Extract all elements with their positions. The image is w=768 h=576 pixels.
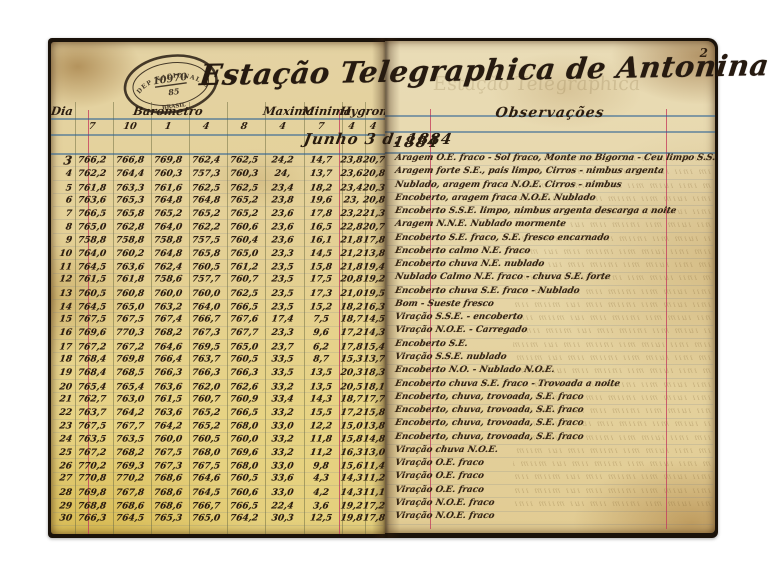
barometer-cell: 764,8 xyxy=(148,195,187,205)
barometer-cell: 766,5 xyxy=(224,501,263,511)
barometer-cell: 762,0 xyxy=(186,381,225,391)
observation-row: Aragem N.N.E. Nublado mormente xyxy=(394,218,715,231)
barometer-cell: 762,2 xyxy=(72,169,111,179)
hygrometer-cell: 15,8 xyxy=(362,408,383,418)
barometer-cell: 767,2 xyxy=(72,342,111,352)
barometer-cell: 766,7 xyxy=(186,501,225,511)
minima-cell: 17,8 xyxy=(301,209,340,219)
barometer-cell: 768,0 xyxy=(186,447,225,457)
table-row: 8765,0762,8764,0762,2760,623,616,522,820… xyxy=(51,221,385,234)
barometer-cell: 766,3 xyxy=(148,368,187,378)
table-row: 9758,8758,8758,8757,5760,423,616,121,817… xyxy=(51,233,385,246)
day-cell: 7 xyxy=(51,209,74,219)
barometer-cell: 769,8 xyxy=(72,487,111,497)
barometer-cell: 770,2 xyxy=(110,474,149,484)
barometer-cell: 765,8 xyxy=(186,248,225,258)
observation-row: Encoberto calmo N.E. fraco xyxy=(394,245,715,258)
barometer-cell: 760,5 xyxy=(224,354,263,364)
barometer-cell: 763,6 xyxy=(72,195,111,205)
maxima-cell: 33,2 xyxy=(262,447,302,457)
maxima-cell: 23,5 xyxy=(262,262,302,272)
hygrometer-cell: 20,8 xyxy=(339,275,363,285)
barometer-cell: 761,8 xyxy=(110,275,149,285)
barometer-cell: 758,8 xyxy=(148,235,187,245)
barometer-cell: 768,6 xyxy=(110,501,149,511)
col-header-minima: Minima xyxy=(301,104,341,118)
hygrometer-cell: 19,8 xyxy=(339,513,363,523)
barometer-cell: 760,5 xyxy=(72,288,111,298)
maxima-cell: 23,5 xyxy=(262,275,302,285)
barometer-cell: 767,2 xyxy=(110,342,149,352)
hygrometer-cell: 21,2 xyxy=(339,248,363,258)
observation-row: Viração S.S.E. nublado xyxy=(394,351,715,364)
barometer-cell: 769,5 xyxy=(186,342,225,352)
barometer-cell: 769,8 xyxy=(110,354,149,364)
barometer-cell: 764,5 xyxy=(110,513,149,523)
hygrometer-cell: 17,2 xyxy=(339,328,363,338)
barometer-cell: 762,4 xyxy=(148,262,187,272)
observation-row: Viração O.E. fraco xyxy=(394,457,715,470)
left-page: DEP NACIONAL DE M T 10970 85 BRASIL Dia … xyxy=(51,42,385,534)
table-row: 28769,8767,8768,6764,5760,633,04,214,311… xyxy=(51,486,385,499)
day-cell: 25 xyxy=(51,447,74,457)
observation-row: Encoberto N.O. - Nublado N.O.E. xyxy=(394,364,715,377)
barometer-cell: 766,4 xyxy=(148,354,187,364)
hygrometer-cell: 13,8 xyxy=(362,248,383,258)
hygrometer-cell: 17,8 xyxy=(339,342,363,352)
barometer-cell: 760,3 xyxy=(148,169,187,179)
barometer-cell: 768,4 xyxy=(72,368,111,378)
maxima-cell: 23,6 xyxy=(262,209,302,219)
barometer-cell: 767,3 xyxy=(148,461,187,471)
barometer-cell: 767,4 xyxy=(148,315,187,325)
hygrometer-cell: 11,2 xyxy=(362,474,383,484)
barometer-cell: 766,3 xyxy=(186,368,225,378)
minima-cell: 12,5 xyxy=(301,513,340,523)
maxima-cell: 23,3 xyxy=(262,248,302,258)
minima-cell: 14,5 xyxy=(301,248,340,258)
maxima-cell: 33,4 xyxy=(262,394,302,404)
maxima-cell: 23,5 xyxy=(262,288,302,298)
col-header-maxima: Maxima xyxy=(262,104,303,118)
barometer-cell: 757,7 xyxy=(186,275,225,285)
barometer-cell: 770,8 xyxy=(72,474,111,484)
table-row: 7766,5765,8765,2765,2765,223,617,823,221… xyxy=(51,207,385,220)
minima-cell: 6,2 xyxy=(301,342,340,352)
barometer-cell: 763,0 xyxy=(110,394,149,404)
barometer-cell: 767,7 xyxy=(224,328,263,338)
hygrometer-cell: 20,3 xyxy=(339,368,363,378)
hygrometer-cell: 19,5 xyxy=(362,288,383,298)
barometer-cell: 763,2 xyxy=(148,302,187,312)
barometer-cell: 769,3 xyxy=(110,461,149,471)
table-row: 17767,2767,2764,6769,5765,023,76,217,815… xyxy=(51,340,385,353)
hygrometer-cell: 20,5 xyxy=(339,381,363,391)
barometer-cell: 769,6 xyxy=(72,328,111,338)
hygrometer-cell: 15,4 xyxy=(362,342,383,352)
minima-cell: 11,2 xyxy=(301,447,340,457)
maxima-cell: 23,6 xyxy=(262,235,302,245)
day-cell: 23 xyxy=(51,421,74,431)
maxima-cell: 24, xyxy=(262,169,302,179)
observation-row: Encoberto S.S.E. limpo, nimbus argenta d… xyxy=(394,205,715,218)
minima-cell: 13,5 xyxy=(301,368,340,378)
barometer-cell: 768,0 xyxy=(224,421,263,431)
hygrometer-cell: 22,8 xyxy=(339,222,363,232)
barometer-cell: 762,5 xyxy=(186,182,225,192)
barometer-cell: 764,8 xyxy=(148,248,187,258)
hygrometer-cell: 15,3 xyxy=(339,354,363,364)
day-cell: 3 xyxy=(51,153,74,167)
maxima-cell: 23,4 xyxy=(262,182,302,192)
barometer-cell: 760,6 xyxy=(224,222,263,232)
barometer-cell: 762,5 xyxy=(224,155,263,165)
barometer-cell: 760,0 xyxy=(148,288,187,298)
table-row: 23767,5767,7764,2765,2768,033,012,215,01… xyxy=(51,420,385,433)
hour-label: 4 xyxy=(262,121,303,132)
date-caption: Junho 3 d. 1884 xyxy=(302,130,454,148)
hygrometer-cell: 18,3 xyxy=(362,368,383,378)
barometer-cell: 763,5 xyxy=(72,434,111,444)
barometer-cell: 767,5 xyxy=(186,461,225,471)
day-cell: 13 xyxy=(51,288,74,298)
maxima-cell: 30,3 xyxy=(262,513,302,523)
maxima-cell: 24,2 xyxy=(262,155,302,165)
hygrometer-cell: 17,2 xyxy=(362,501,383,511)
observation-row: Aragem forte S.E., pais limpo, Cirros - … xyxy=(394,165,715,178)
barometer-cell: 765,3 xyxy=(148,513,187,523)
hygrometer-cell: 23,2 xyxy=(339,209,363,219)
barometer-cell: 760,4 xyxy=(224,235,263,245)
hygrometer-cell: 16,3 xyxy=(339,447,363,457)
hour-label: 4 xyxy=(186,121,226,132)
barometer-cell: 767,5 xyxy=(72,421,111,431)
barometer-cell: 760,0 xyxy=(186,288,225,298)
maxima-cell: 33,0 xyxy=(262,421,302,431)
hygrometer-cell: 15,0 xyxy=(339,421,363,431)
table-row: 12761,5761,8758,6757,7760,723,517,520,81… xyxy=(51,273,385,286)
minima-cell: 4,2 xyxy=(301,487,340,497)
observation-row: Encoberto, chuva, trovoada, S.E. fraco xyxy=(394,417,715,430)
hygrometer-cell: 14,5 xyxy=(362,315,383,325)
barometer-cell: 763,7 xyxy=(186,354,225,364)
observation-row: Encoberto chuva S.E. fraco - Nublado xyxy=(394,285,715,298)
blue-rule xyxy=(51,118,385,120)
day-cell: 5 xyxy=(51,182,74,192)
col-header-hygrometro: Hygrometro xyxy=(339,104,385,118)
table-row: 14764,5765,0763,2764,0766,523,515,218,21… xyxy=(51,300,385,313)
minima-cell: 12,2 xyxy=(301,421,340,431)
barometer-cell: 765,3 xyxy=(110,195,149,205)
day-cell: 12 xyxy=(51,275,74,285)
day-cell: 11 xyxy=(51,262,74,272)
barometer-cell: 760,2 xyxy=(110,248,149,258)
observation-row: Bom - Sueste fresco xyxy=(394,298,715,311)
minima-cell: 9,6 xyxy=(301,328,340,338)
minima-cell: 9,8 xyxy=(301,461,340,471)
barometer-cell: 758,8 xyxy=(110,235,149,245)
maxima-cell: 23,3 xyxy=(262,328,302,338)
day-cell: 24 xyxy=(51,434,74,444)
table-row: 4762,2764,4760,3757,3760,324,13,723,620,… xyxy=(51,167,385,180)
barometer-cell: 765,0 xyxy=(224,342,263,352)
barometer-cell: 767,8 xyxy=(110,487,149,497)
minima-cell: 14,7 xyxy=(301,155,340,165)
barometer-cell: 761,2 xyxy=(224,262,263,272)
barometer-cell: 766,5 xyxy=(224,302,263,312)
barometer-cell: 762,8 xyxy=(110,222,149,232)
hygrometer-cell: 21,8 xyxy=(339,235,363,245)
barometer-cell: 760,3 xyxy=(224,169,263,179)
day-cell: 17 xyxy=(51,342,74,352)
hygrometer-cell: 13,0 xyxy=(362,447,383,457)
col-header-observacoes: Observações xyxy=(385,105,715,121)
table-row: 27770,8770,2768,6764,6760,533,64,314,311… xyxy=(51,472,385,485)
minima-cell: 17,5 xyxy=(301,275,340,285)
barometer-cell: 765,2 xyxy=(224,209,263,219)
table-row: 30766,3764,5765,3765,0764,230,312,519,81… xyxy=(51,512,385,525)
maxima-cell: 33,2 xyxy=(262,381,302,391)
maxima-cell: 22,4 xyxy=(262,501,302,511)
hygrometer-cell: 15,8 xyxy=(339,434,363,444)
barometer-cell: 767,2 xyxy=(72,447,111,457)
barometer-cell: 766,5 xyxy=(72,209,111,219)
barometer-cell: 764,6 xyxy=(148,342,187,352)
barometer-cell: 769,8 xyxy=(148,155,187,165)
day-cell: 10 xyxy=(51,248,74,258)
hygrometer-cell: 17,7 xyxy=(362,394,383,404)
minima-cell: 16,1 xyxy=(301,235,340,245)
row-rule xyxy=(387,524,713,525)
day-cell: 16 xyxy=(51,328,74,338)
barometer-cell: 764,2 xyxy=(110,408,149,418)
day-cell: 18 xyxy=(51,354,74,364)
barometer-cell: 763,6 xyxy=(110,262,149,272)
table-row: 26770,2769,3767,3767,5768,033,09,815,611… xyxy=(51,459,385,472)
barometer-cell: 762,7 xyxy=(72,394,111,404)
barometer-cell: 768,2 xyxy=(148,328,187,338)
barometer-cell: 767,7 xyxy=(110,421,149,431)
table-row: 5761,8763,3761,6762,5762,523,418,223,420… xyxy=(51,181,385,194)
minima-cell: 7,5 xyxy=(301,315,340,325)
barometer-cell: 763,7 xyxy=(72,408,111,418)
table-row: 19768,4768,5766,3766,3766,333,513,520,31… xyxy=(51,366,385,379)
hygrometer-cell: 14,3 xyxy=(339,474,363,484)
hygrometer-cell: 17,8 xyxy=(362,513,383,523)
hygrometer-cell: 14,3 xyxy=(339,487,363,497)
hygrometer-cell: 20,3 xyxy=(362,182,383,192)
barometer-cell: 765,0 xyxy=(72,222,111,232)
barometer-cell: 762,5 xyxy=(224,288,263,298)
barometer-cell: 760,6 xyxy=(224,487,263,497)
barometer-cell: 764,2 xyxy=(224,513,263,523)
maxima-cell: 33,5 xyxy=(262,368,302,378)
day-cell: 9 xyxy=(51,235,74,245)
day-cell: 28 xyxy=(51,487,74,497)
maxima-cell: 17,4 xyxy=(262,315,302,325)
observation-row: Encoberto, aragem fraca N.O.E. Nublado xyxy=(394,192,715,205)
barometer-cell: 758,8 xyxy=(72,235,111,245)
hygrometer-cell: 11,1 xyxy=(362,487,383,497)
maxima-cell: 33,0 xyxy=(262,487,302,497)
day-cell: 29 xyxy=(51,501,74,511)
hygrometer-cell: 23, xyxy=(339,195,363,205)
observation-row: Viração O.E. fraco xyxy=(394,484,715,497)
barometer-cell: 760,5 xyxy=(224,474,263,484)
barometer-cell: 764,5 xyxy=(186,487,225,497)
hygrometer-cell: 21,0 xyxy=(339,288,363,298)
observation-row: Aragem O.E. fraco - Sol fraco, Monte no … xyxy=(394,152,715,165)
barometer-cell: 767,3 xyxy=(186,328,225,338)
table-row: 13760,5760,8760,0760,0762,523,517,321,01… xyxy=(51,287,385,300)
barometer-cell: 762,5 xyxy=(224,182,263,192)
barometer-cell: 761,5 xyxy=(72,275,111,285)
barometer-cell: 764,8 xyxy=(186,195,225,205)
day-cell: 15 xyxy=(51,315,74,325)
observation-row: Encoberto, chuva, trovoada, S.E. fraco xyxy=(394,431,715,444)
table-row: 6763,6765,3764,8764,8765,223,819,623,20,… xyxy=(51,193,385,206)
barometer-cell: 764,5 xyxy=(72,302,111,312)
hygrometer-cell: 23,6 xyxy=(339,169,363,179)
observation-row: Viração chuva N.O.E. xyxy=(394,444,715,457)
observation-row: Encoberto chuva N.E. nublado xyxy=(394,258,715,271)
observation-row: Encoberto, chuva, trovoada, S.E. fraco xyxy=(394,391,715,404)
day-cell: 20 xyxy=(51,381,74,391)
barometer-cell: 766,7 xyxy=(186,315,225,325)
scanned-logbook-photo: DEP NACIONAL DE M T 10970 85 BRASIL Dia … xyxy=(0,0,768,576)
day-cell: 6 xyxy=(51,195,74,205)
day-cell: 19 xyxy=(51,368,74,378)
observation-row: Encoberto S.E. fraco, S.E. fresco encarn… xyxy=(394,232,715,245)
minima-cell: 4,3 xyxy=(301,474,340,484)
barometer-cell: 765,0 xyxy=(224,248,263,258)
barometer-cell: 768,2 xyxy=(110,447,149,457)
barometer-cell: 766,2 xyxy=(72,155,111,165)
minima-cell: 15,5 xyxy=(301,408,340,418)
minima-cell: 13,7 xyxy=(301,169,340,179)
minima-cell: 15,8 xyxy=(301,262,340,272)
hygrometer-cell: 18,7 xyxy=(339,315,363,325)
hygrometer-cell: 21,3 xyxy=(362,209,383,219)
minima-cell: 16,5 xyxy=(301,222,340,232)
observation-row: Viração N.O.E. fraco xyxy=(394,497,715,510)
barometer-cell: 767,6 xyxy=(224,315,263,325)
barometer-cell: 768,6 xyxy=(148,487,187,497)
barometer-cell: 760,5 xyxy=(186,262,225,272)
day-cell: 26 xyxy=(51,461,74,471)
hygrometer-cell: 16,3 xyxy=(362,302,383,312)
barometer-cell: 763,3 xyxy=(110,182,149,192)
table-row: 3766,2766,8769,8762,4762,524,214,723,820… xyxy=(51,154,385,167)
barometer-cell: 768,5 xyxy=(110,368,149,378)
observation-row: Encoberto, chuva, trovoada, S.E. fraco xyxy=(394,404,715,417)
barometer-cell: 760,0 xyxy=(148,434,187,444)
barometer-cell: 767,5 xyxy=(148,447,187,457)
barometer-cell: 764,0 xyxy=(148,222,187,232)
barometer-cell: 765,8 xyxy=(110,209,149,219)
day-cell: 22 xyxy=(51,408,74,418)
table-row: 21762,7763,0761,5760,7760,933,414,318,71… xyxy=(51,392,385,405)
hygrometer-cell: 15,6 xyxy=(339,461,363,471)
barometer-cell: 762,2 xyxy=(186,222,225,232)
barometer-cell: 765,2 xyxy=(186,421,225,431)
maxima-cell: 33,2 xyxy=(262,434,302,444)
hygrometer-cell: 20,8 xyxy=(362,195,383,205)
hygrometer-cell: 23,4 xyxy=(339,182,363,192)
hygrometer-cell: 11,4 xyxy=(362,461,383,471)
minima-cell: 19,6 xyxy=(301,195,340,205)
maxima-cell: 33,0 xyxy=(262,461,302,471)
minima-cell: 17,3 xyxy=(301,288,340,298)
barometer-cell: 764,6 xyxy=(186,474,225,484)
maxima-cell: 23,8 xyxy=(262,195,302,205)
right-page: 2 Estação Telegraphica Observações 1884 … xyxy=(385,41,715,533)
observation-row: Encoberto chuva S.E. fraco - Trovoada a … xyxy=(394,378,715,391)
observation-row: Viração N.O.E. fraco xyxy=(394,510,715,523)
barometer-cell: 766,3 xyxy=(72,513,111,523)
observation-row: Encoberto S.E. xyxy=(394,338,715,351)
barometer-cell: 765,0 xyxy=(110,302,149,312)
barometer-cell: 765,0 xyxy=(186,513,225,523)
barometer-cell: 760,5 xyxy=(186,434,225,444)
open-ledger-book: DEP NACIONAL DE M T 10970 85 BRASIL Dia … xyxy=(48,38,718,538)
table-row: 11764,5763,6762,4760,5761,223,515,821,81… xyxy=(51,260,385,273)
barometer-cell: 768,8 xyxy=(72,501,111,511)
stamp-year: 85 xyxy=(168,86,181,98)
barometer-cell: 763,6 xyxy=(148,408,187,418)
barometer-cell: 768,6 xyxy=(148,501,187,511)
barometer-cell: 764,0 xyxy=(72,248,111,258)
barometer-cell: 760,9 xyxy=(224,394,263,404)
barometer-cell: 765,2 xyxy=(224,195,263,205)
maxima-cell: 23,6 xyxy=(262,222,302,232)
observation-row: Nublado, aragem fraca N.O.E. Cirros - ni… xyxy=(394,179,715,192)
hygrometer-cell: 23,8 xyxy=(339,155,363,165)
barometer-cell: 765,2 xyxy=(148,209,187,219)
table-row: 29768,8768,6768,6766,7766,522,43,619,217… xyxy=(51,499,385,512)
hour-label: 8 xyxy=(224,121,264,132)
hygrometer-cell: 14,8 xyxy=(362,434,383,444)
table-row: 22763,7764,2763,6765,2766,533,215,517,21… xyxy=(51,406,385,419)
hygrometer-cell: 14,3 xyxy=(362,328,383,338)
observation-row: Viração S.S.E. - encoberto xyxy=(394,311,715,324)
minima-cell: 18,2 xyxy=(301,182,340,192)
barometer-cell: 761,5 xyxy=(148,394,187,404)
table-row: 24763,5763,5760,0760,5760,033,211,815,81… xyxy=(51,432,385,445)
hygrometer-cell: 18,7 xyxy=(339,394,363,404)
barometer-cell: 768,0 xyxy=(224,461,263,471)
barometer-cell: 766,3 xyxy=(224,368,263,378)
hour-label: 7 xyxy=(72,121,112,132)
minima-cell: 8,7 xyxy=(301,354,340,364)
barometer-cell: 762,6 xyxy=(224,381,263,391)
barometer-cell: 768,6 xyxy=(148,474,187,484)
hygrometer-cell: 20,7 xyxy=(362,155,383,165)
obs-body: Aragem O.E. fraco - Sol fraco, Monte no … xyxy=(395,152,715,523)
barometer-cell: 760,0 xyxy=(224,434,263,444)
minima-cell: 14,3 xyxy=(301,394,340,404)
barometer-cell: 764,5 xyxy=(72,262,111,272)
barometer-cell: 770,3 xyxy=(110,328,149,338)
barometer-cell: 765,4 xyxy=(72,381,111,391)
maxima-cell: 33,2 xyxy=(262,408,302,418)
table-row: 20765,4765,4763,6762,0762,633,213,520,51… xyxy=(51,380,385,393)
barometer-cell: 762,4 xyxy=(186,155,225,165)
day-cell: 30 xyxy=(51,513,74,523)
observation-row: Nublado Calmo N.E. fraco - chuva S.E. fo… xyxy=(394,271,715,284)
barometer-cell: 767,5 xyxy=(72,315,111,325)
hygrometer-cell: 19,2 xyxy=(339,501,363,511)
